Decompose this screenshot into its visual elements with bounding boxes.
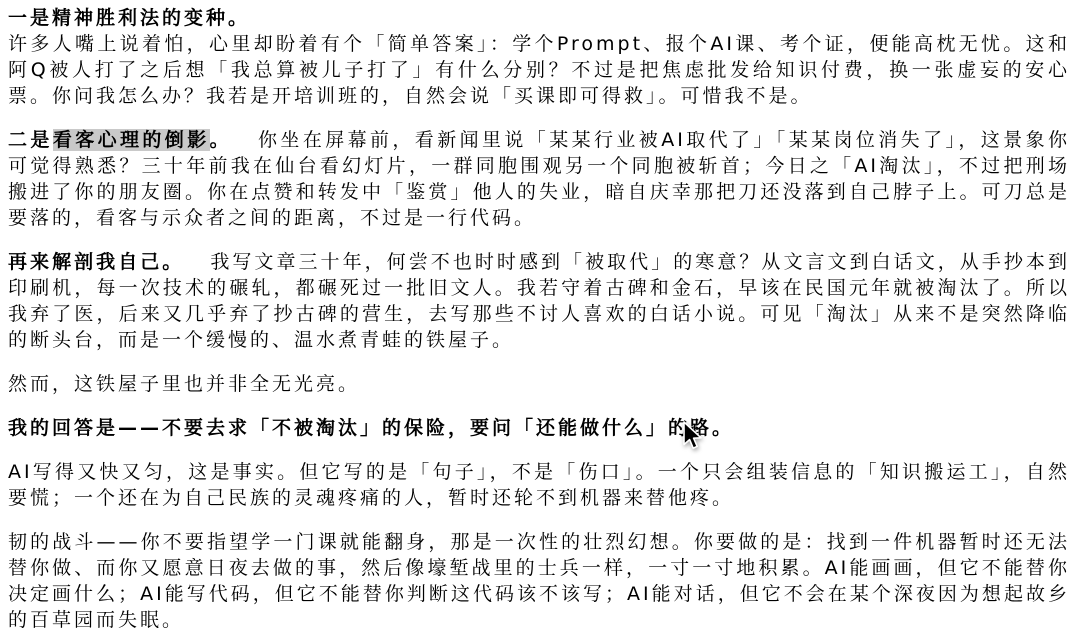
- para-iron-house-light: 然而，这铁屋子里也并非全无光亮。: [8, 371, 1070, 397]
- paragraph-line: 我的回答是——不要去求「不被淘汰」的保险，要问「还能做什么」的路。: [8, 415, 1070, 441]
- paragraph-line: 许多人嘴上说着怕，心里却盼着有个「简单答案」：学个Prompt、报个AI课、考个…: [8, 31, 1070, 109]
- para-spiritual-victory: 一是精神胜利法的变种。许多人嘴上说着怕，心里却盼着有个「简单答案」：学个Prom…: [8, 5, 1070, 109]
- para-onlooker-mentality: 二是看客心理的倒影。你坐在屏幕前，看新闻里说「某某行业被AI取代了」「某某岗位消…: [8, 127, 1070, 231]
- bold-lead-text: 我的回答是——不要去求「不被淘汰」的保险，要问「还能做什么」的路。: [8, 417, 734, 439]
- paragraph-text: 许多人嘴上说着怕，心里却盼着有个「简单答案」：学个Prompt、报个AI课、考个…: [8, 33, 1070, 107]
- bold-lead-text: 。: [210, 129, 232, 151]
- para-my-answer: 我的回答是——不要去求「不被淘汰」的保险，要问「还能做什么」的路。: [8, 415, 1070, 441]
- paragraph-line: 二是看客心理的倒影。你坐在屏幕前，看新闻里说「某某行业被AI取代了」「某某岗位消…: [8, 127, 1070, 231]
- document-page: 一是精神胜利法的变种。许多人嘴上说着怕，心里却盼着有个「简单答案」：学个Prom…: [0, 0, 1078, 634]
- document-body[interactable]: 一是精神胜利法的变种。许多人嘴上说着怕，心里却盼着有个「简单答案」：学个Prom…: [8, 5, 1070, 633]
- paragraph-line: 然而，这铁屋子里也并非全无光亮。: [8, 371, 1070, 397]
- bold-lead-text: 二是: [8, 129, 53, 151]
- paragraph-text: 韧的战斗——你不要指望学一门课就能翻身，那是一次性的壮烈幻想。你要做的是：找到一…: [8, 531, 1070, 631]
- paragraph-text: AI写得又快又匀，这是事实。但它写的是「句子」，不是「伤口」。一个只会组装信息的…: [8, 461, 1070, 509]
- paragraph-line: AI写得又快又匀，这是事实。但它写的是「句子」，不是「伤口」。一个只会组装信息的…: [8, 459, 1070, 511]
- bold-lead-text: 一是精神胜利法的变种。: [8, 7, 250, 29]
- highlighted-text: 看客心理的倒影: [53, 129, 210, 151]
- para-tenacious-fight: 韧的战斗——你不要指望学一门课就能翻身，那是一次性的壮烈幻想。你要做的是：找到一…: [8, 529, 1070, 633]
- para-self-dissection: 再来解剖我自己。我写文章三十年，何尝不也时时感到「被取代」的寒意？从文言文到白话…: [8, 249, 1070, 353]
- paragraph-line: 再来解剖我自己。我写文章三十年，何尝不也时时感到「被取代」的寒意？从文言文到白话…: [8, 249, 1070, 353]
- para-ai-sentences-not-wounds: AI写得又快又匀，这是事实。但它写的是「句子」，不是「伤口」。一个只会组装信息的…: [8, 459, 1070, 511]
- bold-lead-text: 再来解剖我自己。: [8, 251, 184, 273]
- paragraph-line: 一是精神胜利法的变种。: [8, 5, 1070, 31]
- paragraph-text: 然而，这铁屋子里也并非全无光亮。: [8, 373, 360, 395]
- paragraph-line: 韧的战斗——你不要指望学一门课就能翻身，那是一次性的壮烈幻想。你要做的是：找到一…: [8, 529, 1070, 633]
